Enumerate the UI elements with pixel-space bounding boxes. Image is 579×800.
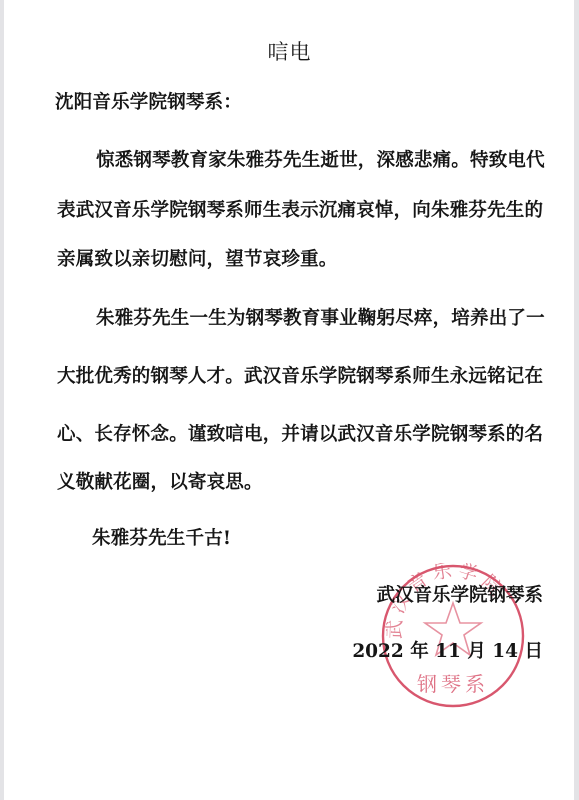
paragraph-2-line-3: 心、长存怀念。谨致唁电，并请以武汉音乐学院钢琴系的名 [57,420,543,446]
paragraph-2-line-1: 朱雅芬先生一生为钢琴教育事业鞠躬尽瘁，培养出了一 [96,304,545,330]
farewell-line: 朱雅芬先生千古! [92,524,231,550]
date: 2022 年 11 月 14 日 [352,637,543,663]
seal-bottom-text: 钢琴系 [417,672,489,696]
paragraph-1-line-2: 表武汉音乐学院钢琴系师生表示沉痛哀悼，向朱雅芬先生的 [57,196,543,222]
page-left-edge [0,0,4,800]
document-title: 唁电 [0,36,579,66]
paragraph-2-line-4: 义敬献花圈，以寄哀思。 [57,468,263,494]
page-right-edge [574,0,579,800]
paragraph-2-line-2: 大批优秀的钢琴人才。武汉音乐学院钢琴系师生永远铭记在 [57,362,543,388]
paragraph-1-line-3: 亲属致以亲切慰问，望节哀珍重。 [57,245,338,271]
salutation: 沈阳音乐学院钢琴系： [55,88,242,114]
telegram-page: 唁电 沈阳音乐学院钢琴系： 惊悉钢琴教育家朱雅芬先生逝世，深感悲痛。特致电代 表… [0,0,579,800]
paragraph-1-line-1: 惊悉钢琴教育家朱雅芬先生逝世，深感悲痛。特致电代 [96,146,545,172]
signature: 武汉音乐学院钢琴系 [376,581,543,607]
